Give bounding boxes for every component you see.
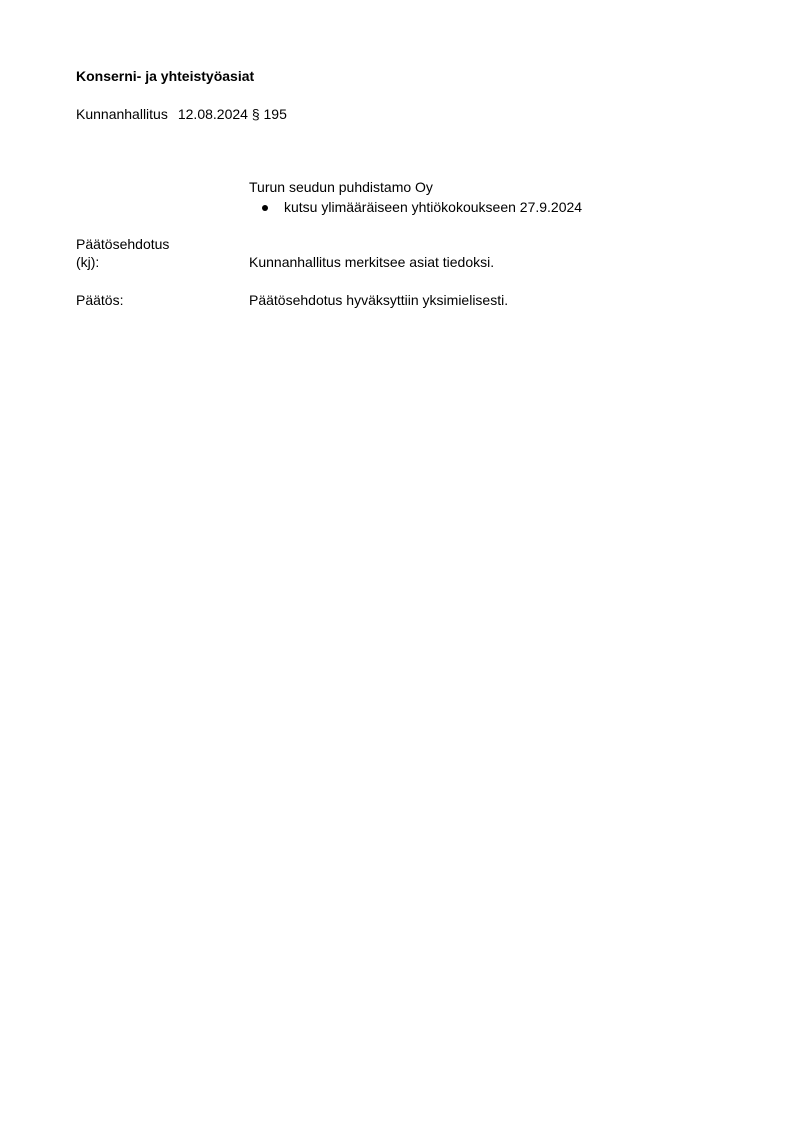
proposal-label: Päätösehdotus [76,236,169,253]
bullet-list-item: kutsu ylimääräiseen yhtiökokoukseen 27.9… [262,199,582,216]
bullet-icon [262,205,268,211]
meeting-date-section: 12.08.2024 § 195 [178,106,287,122]
decision-text: Päätösehdotus hyväksyttiin yksimielisest… [249,292,508,309]
bullet-text: kutsu ylimääräiseen yhtiökokoukseen 27.9… [284,199,582,216]
proposal-text: Kunnanhallitus merkitsee asiat tiedoksi. [249,254,494,271]
section-heading: Konserni- ja yhteistyöasiat [76,68,254,85]
proposal-label-suffix: (kj): [76,254,99,271]
meeting-reference: Kunnanhallitus12.08.2024 § 195 [76,106,287,123]
company-name: Turun seudun puhdistamo Oy [249,179,433,196]
meeting-body: Kunnanhallitus [76,106,168,122]
decision-label: Päätös: [76,292,123,309]
